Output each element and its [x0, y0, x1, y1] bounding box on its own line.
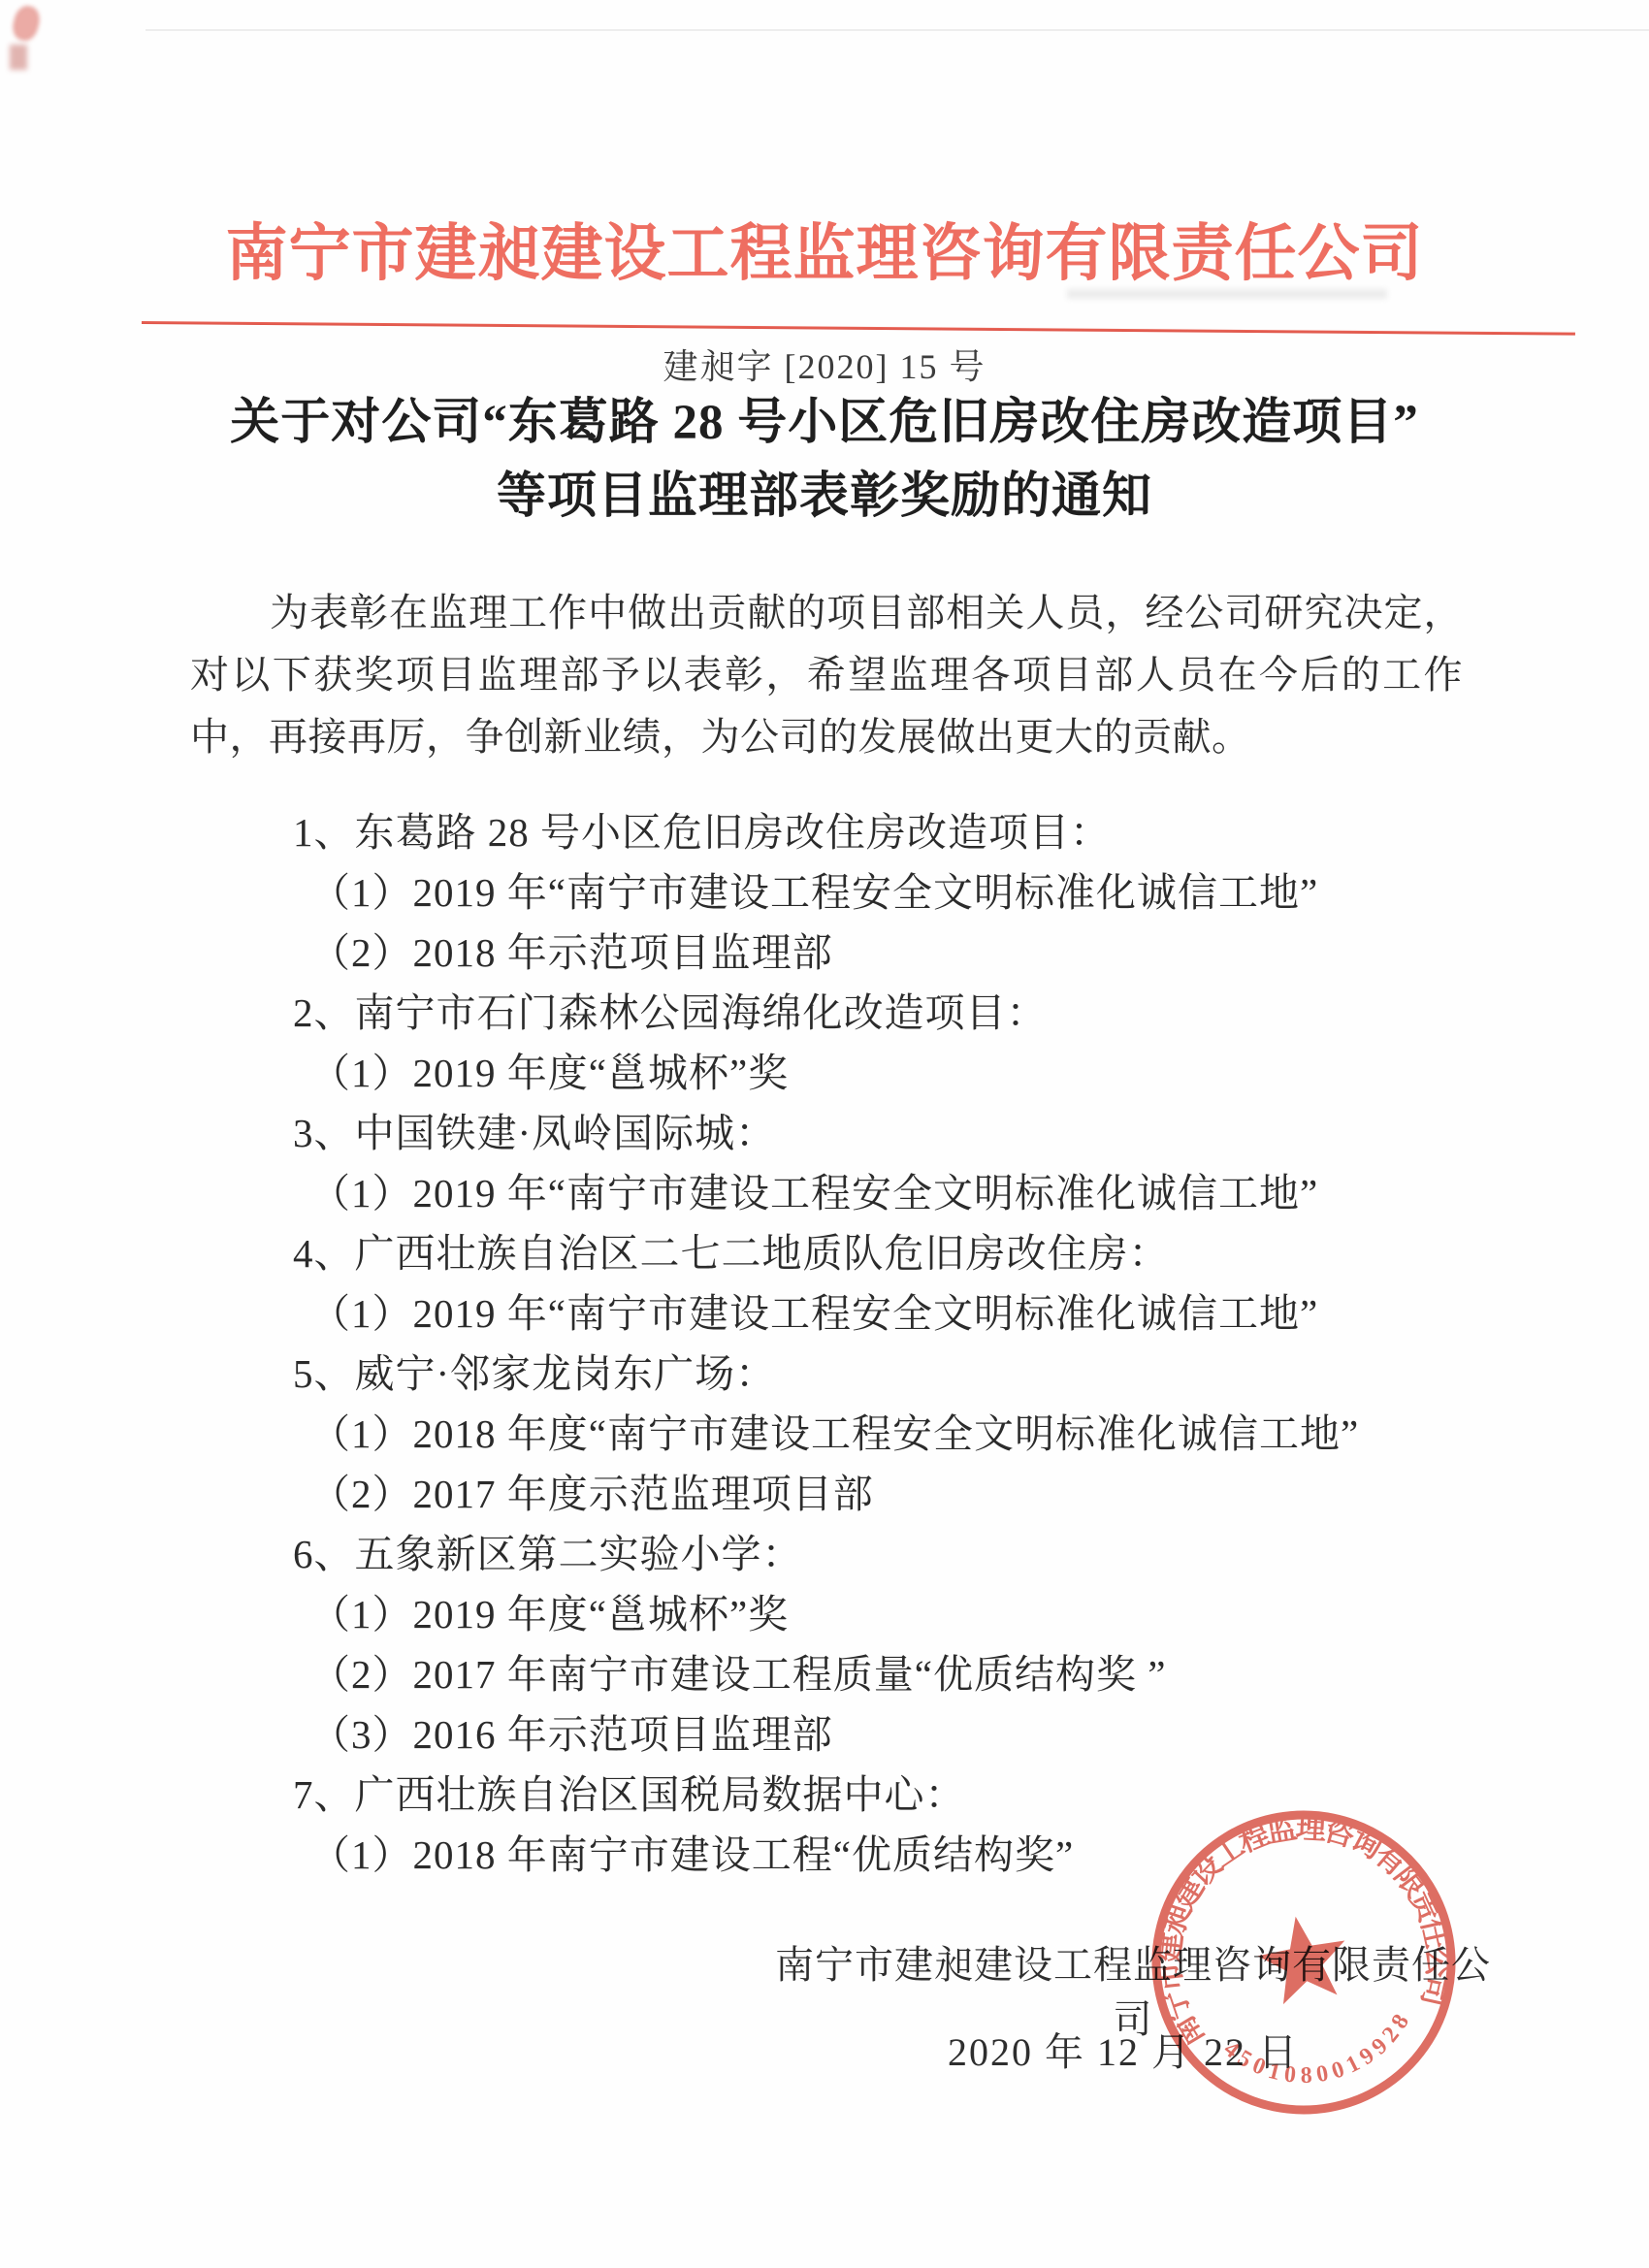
document-number: 建昶字 [2020] 15 号 [0, 345, 1649, 388]
award-item-award: （2）2018 年示范项目监理部 [293, 923, 1438, 983]
award-item-project: 1、东葛路 28 号小区危旧房改住房改造项目： [293, 802, 1438, 862]
document-title-line2: 等项目监理部表彰奖励的通知 [0, 460, 1649, 534]
award-item-award: （3）2016 年示范项目监理部 [293, 1704, 1438, 1765]
scan-corner-mark [10, 3, 43, 43]
scan-corner-mark [10, 45, 27, 70]
award-item-award: （1）2019 年度“邕城杯”奖 [293, 1043, 1438, 1103]
document-page: 南宁市建昶建设工程监理咨询有限责任公司 建昶字 [2020] 15 号 关于对公… [0, 0, 1649, 2268]
official-seal-stamp: 南宁市建昶建设工程监理咨询有限责任公司 4501080019928 [1116, 1775, 1492, 2151]
scan-edge-line [145, 29, 1649, 31]
award-list: 1、东葛路 28 号小区危旧房改住房改造项目： （1）2019 年“南宁市建设工… [293, 802, 1438, 1885]
award-item-project: 4、广西壮族自治区二七二地质队危旧房改住房： [293, 1223, 1438, 1283]
document-title-line1: 关于对公司“东葛路 28 号小区危旧房改住房改造项目” [0, 386, 1649, 460]
award-item-award: （1）2019 年“南宁市建设工程安全文明标准化诚信工地” [293, 1283, 1438, 1344]
stamp-code: 4501080019928 [1215, 2003, 1425, 2103]
letterhead-company-name: 南宁市建昶建设工程监理咨询有限责任公司 [0, 215, 1649, 293]
award-item-project: 3、中国铁建·凤岭国际城： [293, 1103, 1438, 1163]
award-item-award: （2）2017 年南宁市建设工程质量“优质结构奖 ” [293, 1644, 1438, 1704]
award-item-award: （2）2017 年度示范监理项目部 [293, 1464, 1438, 1524]
award-item-award: （1）2018 年度“南宁市建设工程安全文明标准化诚信工地” [293, 1404, 1438, 1464]
letterhead-rule [142, 321, 1575, 336]
award-item-project: 5、威宁·邻家龙岗东广场： [293, 1344, 1438, 1404]
award-item-project: 6、五象新区第二实验小学： [293, 1524, 1438, 1584]
intro-paragraph: 为表彰在监理工作中做出贡献的项目部相关人员，经公司研究决定，对以下获奖项目监理部… [190, 582, 1463, 768]
award-item-award: （1）2019 年“南宁市建设工程安全文明标准化诚信工地” [293, 1163, 1438, 1223]
award-item-project: 2、南宁市石门森林公园海绵化改造项目： [293, 983, 1438, 1043]
award-item-award: （1）2019 年“南宁市建设工程安全文明标准化诚信工地” [293, 862, 1438, 923]
stamp-star-icon [1252, 1909, 1354, 2007]
document-title: 关于对公司“东葛路 28 号小区危旧房改住房改造项目” 等项目监理部表彰奖励的通… [0, 386, 1649, 534]
award-item-award: （1）2019 年度“邕城杯”奖 [293, 1584, 1438, 1644]
